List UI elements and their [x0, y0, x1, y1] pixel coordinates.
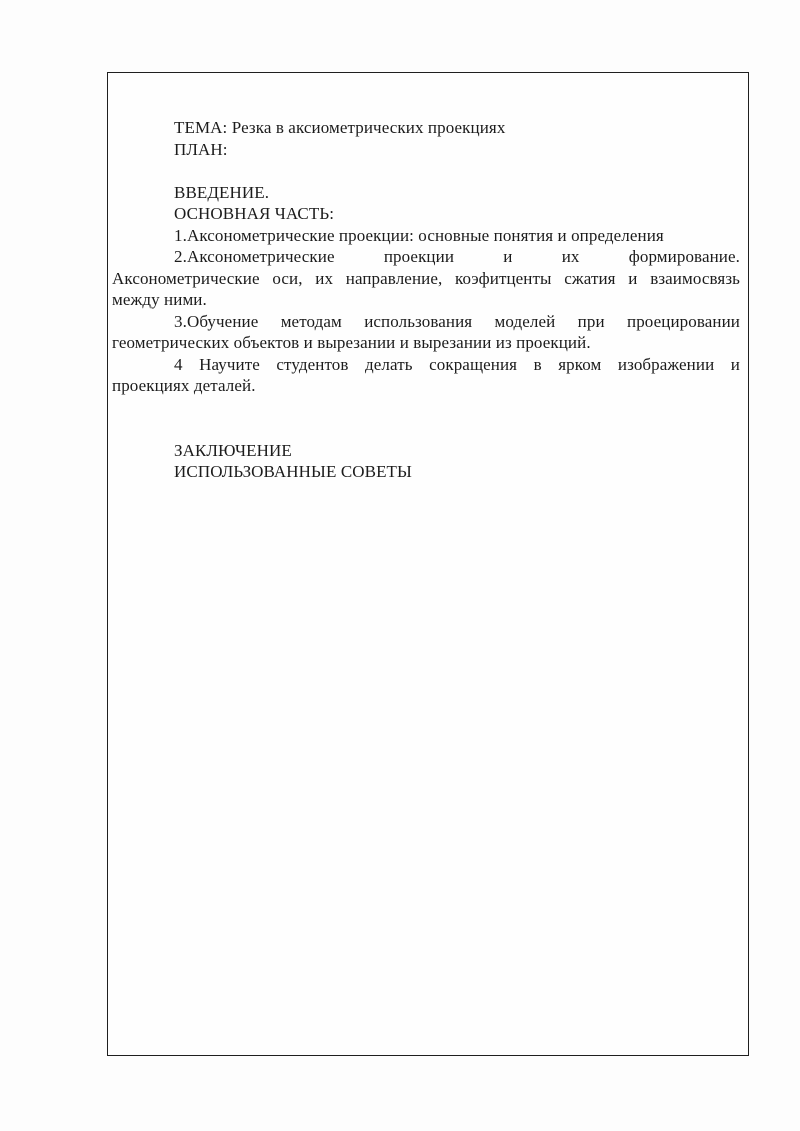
text-line: 4 Научите студентов делать сокращения в …	[112, 354, 740, 376]
blank-line	[112, 418, 740, 440]
text-line: 2.Аксонометрические проекции и их формир…	[112, 246, 740, 268]
text-line: ТЕМА: Резка в аксиометрических проекциях	[112, 117, 740, 139]
text-line: между ними.	[112, 289, 740, 311]
text-line: ПЛАН:	[112, 139, 740, 161]
text-line: геометрических объектов и вырезании и вы…	[112, 332, 740, 354]
document-canvas: ТЕМА: Резка в аксиометрических проекциях…	[0, 0, 800, 1131]
text-line: проекциях деталей.	[112, 375, 740, 397]
document-page: ТЕМА: Резка в аксиометрических проекциях…	[107, 72, 749, 1056]
blank-line	[112, 397, 740, 419]
text-line: ВВЕДЕНИЕ.	[112, 182, 740, 204]
text-line: ЗАКЛЮЧЕНИЕ	[112, 440, 740, 462]
document-text: ТЕМА: Резка в аксиометрических проекциях…	[108, 73, 748, 1055]
text-line: 3.Обучение методам использования моделей…	[112, 311, 740, 333]
text-line: Аксонометрические оси, их направление, к…	[112, 268, 740, 290]
blank-line	[112, 160, 740, 182]
text-line: 1.Аксонометрические проекции: основные п…	[112, 225, 740, 247]
text-line: ИСПОЛЬЗОВАННЫЕ СОВЕТЫ	[112, 461, 740, 483]
text-line: ОСНОВНАЯ ЧАСТЬ:	[112, 203, 740, 225]
